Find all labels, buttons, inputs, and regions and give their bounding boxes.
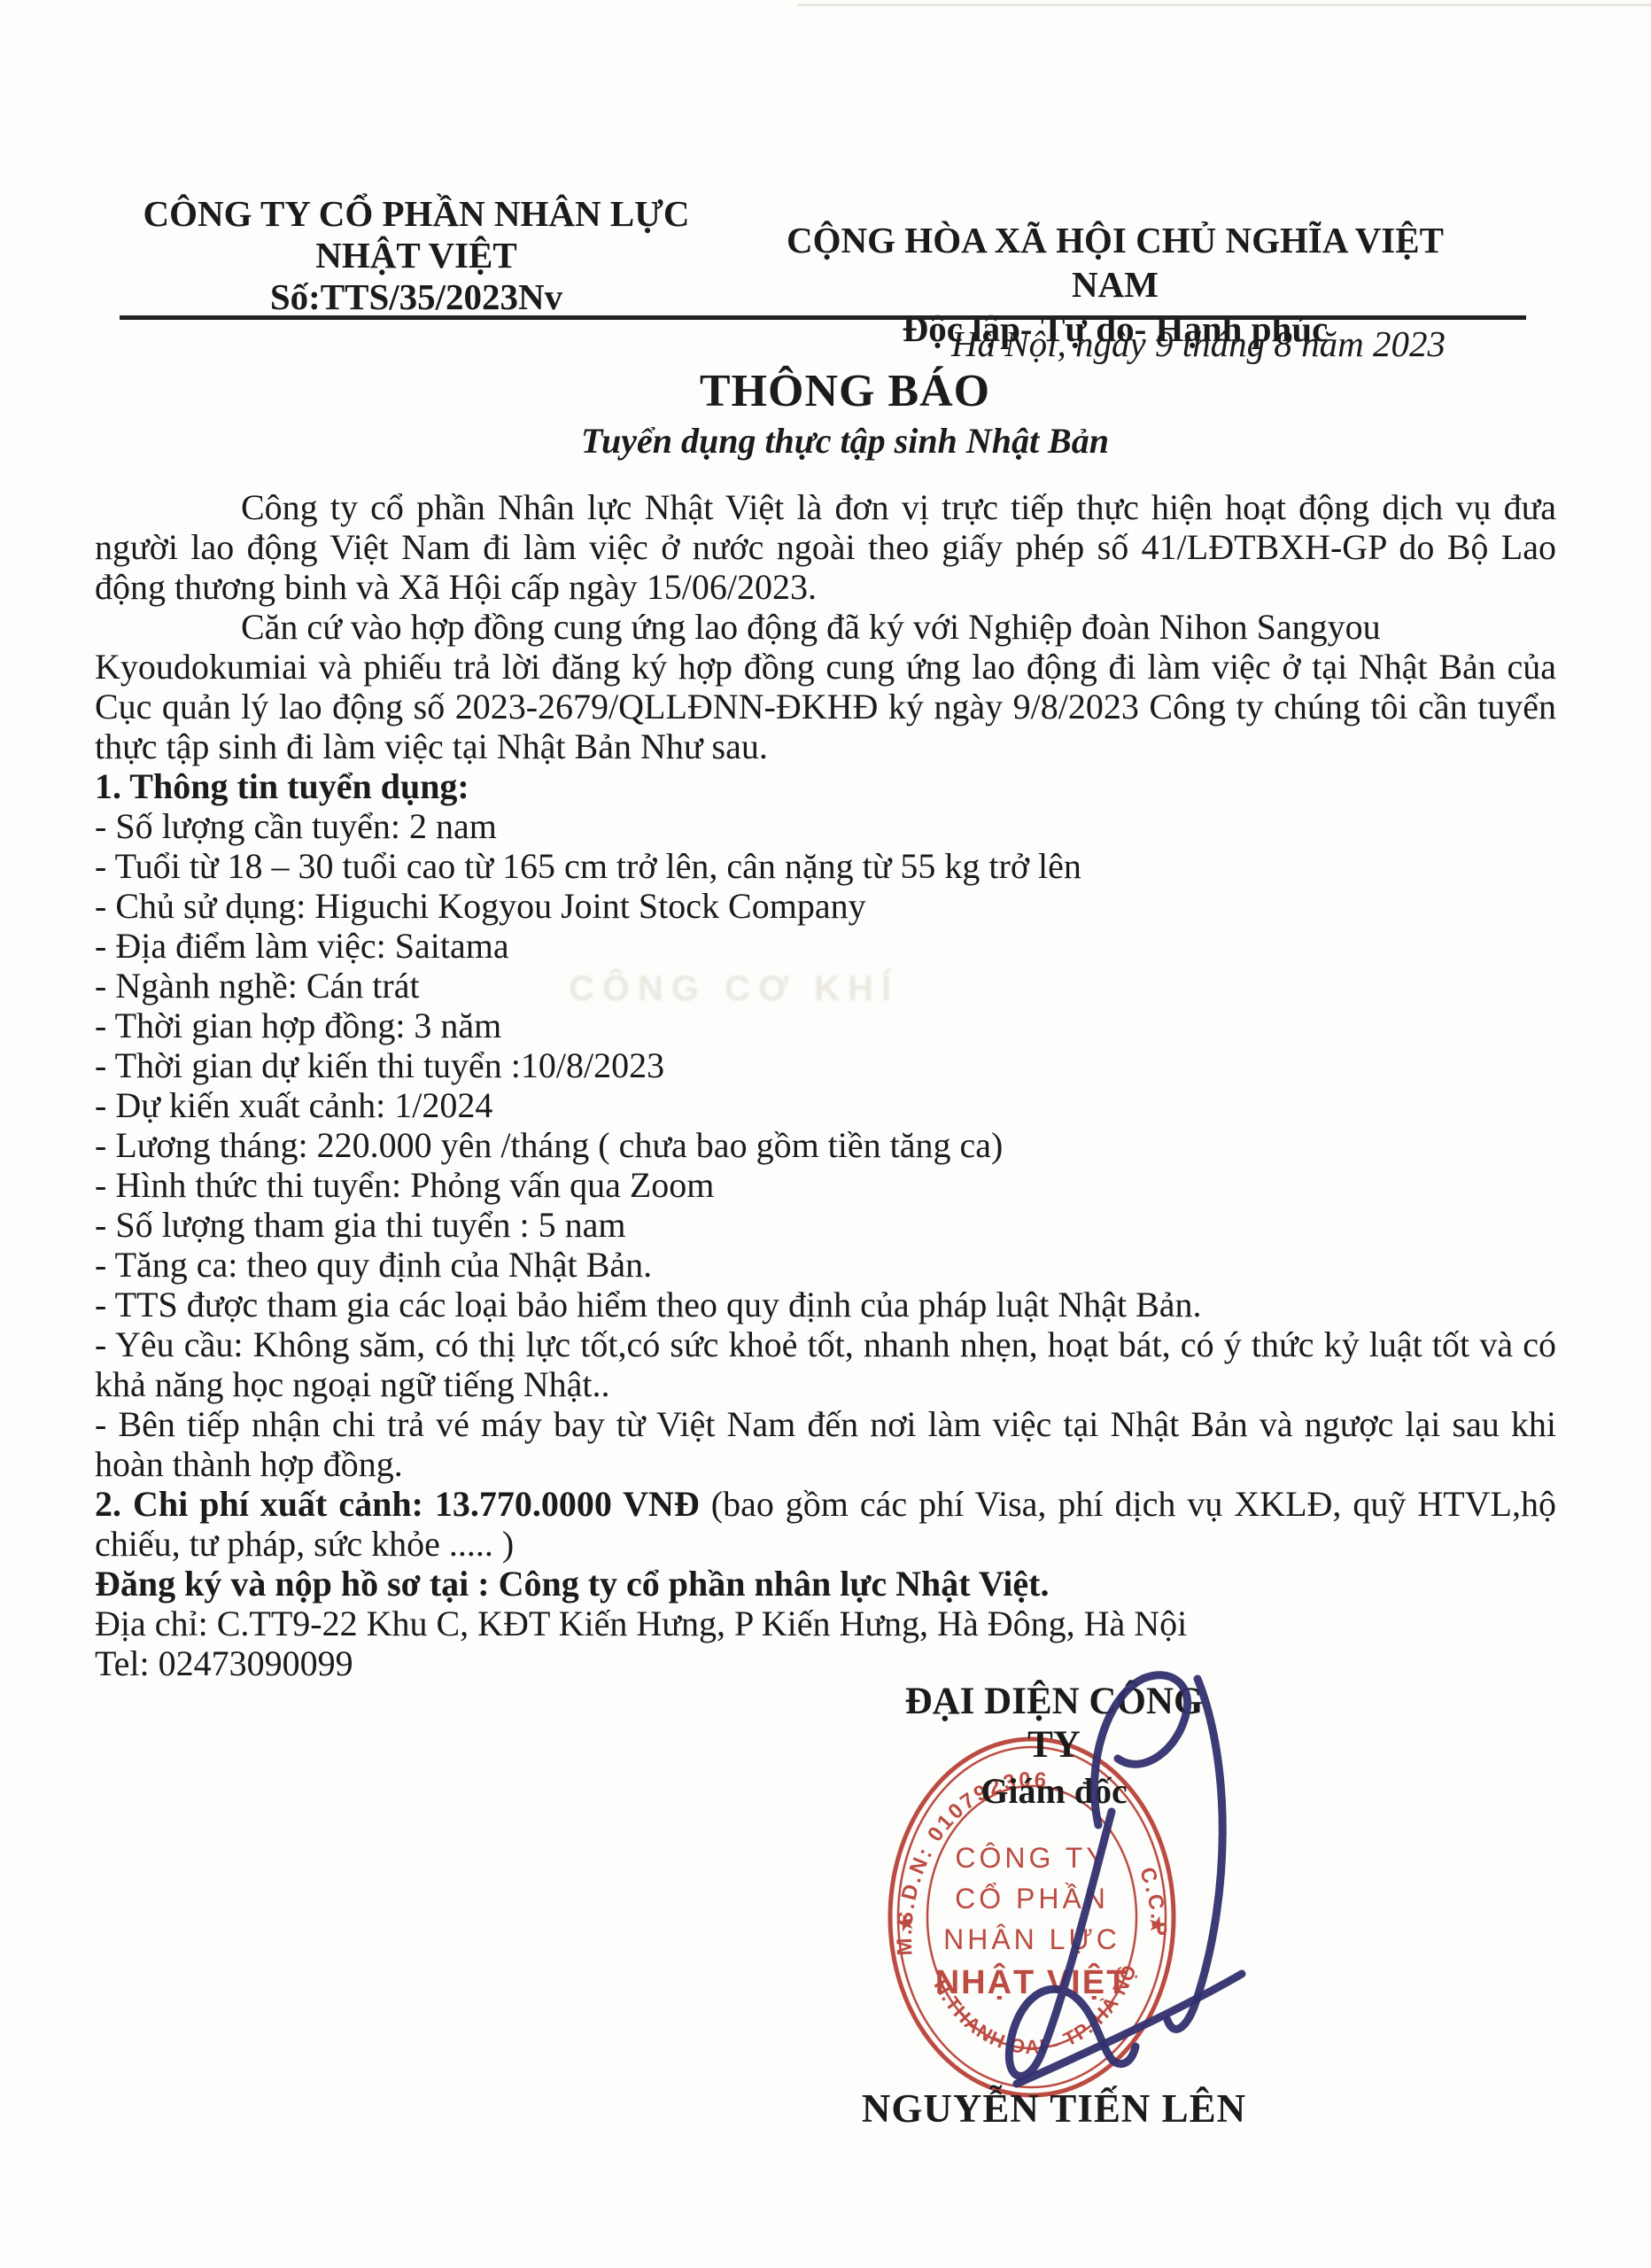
scanned-document-page: CÔNG CƠ KHÍ CÔNG TY CỔ PHẦN NHÂN LỰC NHẬ… bbox=[0, 0, 1651, 2268]
section2-heading: 2. Chi phí xuất cảnh: 13.770.0000 VNĐ (b… bbox=[95, 1484, 1556, 1564]
tel-line: Tel: 02473090099 bbox=[95, 1643, 1556, 1683]
list-item: - Bên tiếp nhận chi trả vé máy bay từ Vi… bbox=[95, 1404, 1556, 1484]
list-item: - Yêu cầu: Không săm, có thị lực tốt,có … bbox=[95, 1324, 1556, 1404]
issuer-block: CÔNG TY CỔ PHẦN NHÂN LỰC NHẬT VIỆT Số:TT… bbox=[133, 193, 700, 318]
list-item: - Lương tháng: 220.000 yên /tháng ( chưa… bbox=[95, 1125, 1556, 1165]
signature-top-loop bbox=[1095, 1675, 1188, 1825]
recruitment-detail-list: - Số lượng cần tuyển: 2 nam - Tuổi từ 18… bbox=[95, 806, 1556, 1484]
scan-edge-artifact bbox=[797, 4, 1651, 6]
intro-paragraph-2-rest: Kyoudokumiai và phiếu trả lời đăng ký hợ… bbox=[95, 647, 1556, 766]
list-item: - Thời gian hợp đồng: 3 năm bbox=[95, 1006, 1556, 1045]
header-divider-line bbox=[120, 315, 1526, 320]
list-item: - Số lượng cần tuyển: 2 nam bbox=[95, 806, 1556, 846]
place-date-line: Hà Nội, ngày 9 tháng 8 năm 2023 bbox=[951, 322, 1446, 365]
issuer-company-line2: NHẬT VIỆT bbox=[133, 235, 700, 276]
list-item: - Số lượng tham gia thi tuyển : 5 nam bbox=[95, 1205, 1556, 1245]
address-line: Địa chỉ: C.TT9-22 Khu C, KĐT Kiến Hưng, … bbox=[95, 1604, 1556, 1643]
list-item: - Tuổi từ 18 – 30 tuổi cao từ 165 cm trở… bbox=[95, 846, 1556, 886]
issuer-company-line1: CÔNG TY CỔ PHẦN NHÂN LỰC bbox=[133, 193, 700, 235]
document-subtitle: Tuyển dụng thực tập sinh Nhật Bản bbox=[114, 420, 1576, 462]
list-item: - TTS được tham gia các loại bảo hiểm th… bbox=[95, 1285, 1556, 1324]
document-body: Công ty cổ phần Nhân lực Nhật Việt là đơ… bbox=[95, 487, 1556, 1683]
list-item: - Dự kiến xuất cảnh: 1/2024 bbox=[95, 1085, 1556, 1125]
list-item: - Thời gian dự kiến thi tuyển :10/8/2023 bbox=[95, 1045, 1556, 1085]
list-item: - Ngành nghề: Cán trát bbox=[95, 966, 1556, 1006]
director-signature-ink bbox=[957, 1648, 1293, 2100]
intro-paragraph-2-first-line: Căn cứ vào hợp đồng cung ứng lao động đã… bbox=[95, 607, 1556, 647]
document-title: THÔNG BÁO bbox=[114, 365, 1576, 417]
list-item: - Tăng ca: theo quy định của Nhật Bản. bbox=[95, 1245, 1556, 1285]
list-item: - Hình thức thi tuyển: Phỏng vấn qua Zoo… bbox=[95, 1165, 1556, 1205]
register-line: Đăng ký và nộp hồ sơ tại : Công ty cổ ph… bbox=[95, 1564, 1556, 1604]
list-item: - Địa điểm làm việc: Saitama bbox=[95, 926, 1556, 966]
section1-heading: 1. Thông tin tuyển dụng: bbox=[95, 766, 1556, 806]
list-item: - Chủ sử dụng: Higuchi Kogyou Joint Stoc… bbox=[95, 886, 1556, 926]
document-number: Số:TTS/35/2023Nv bbox=[133, 276, 700, 318]
section2-cost-bold: 2. Chi phí xuất cảnh: 13.770.0000 VNĐ bbox=[95, 1484, 700, 1524]
intro-paragraph-1: Công ty cổ phần Nhân lực Nhật Việt là đơ… bbox=[95, 487, 1556, 607]
national-motto-line1: CỘNG HÒA XÃ HỘI CHỦ NGHĨA VIỆT NAM bbox=[748, 218, 1483, 307]
